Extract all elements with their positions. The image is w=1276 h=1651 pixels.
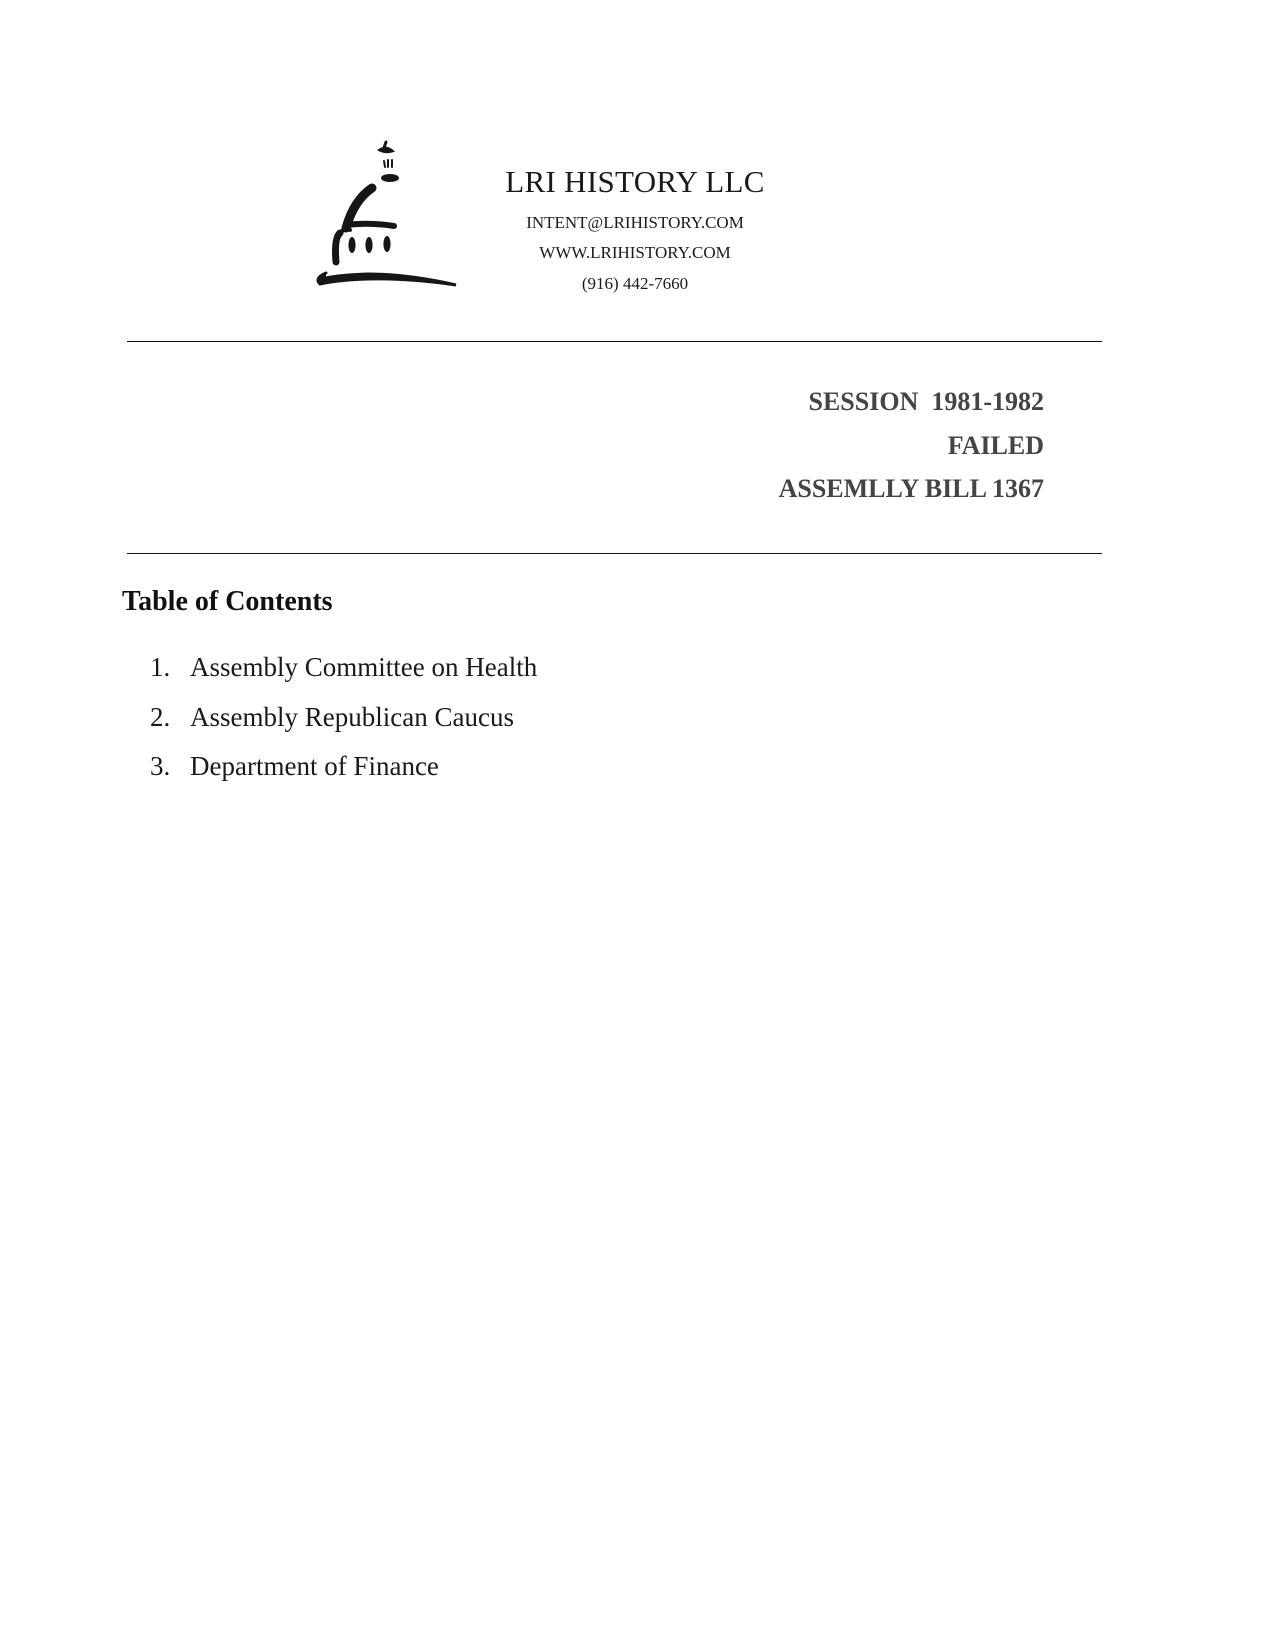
toc-list: 1. Assembly Committee on Health 2. Assem… (150, 652, 537, 801)
divider-bottom (127, 553, 1102, 554)
toc-item: 3. Department of Finance (150, 751, 537, 801)
company-name: LRI HISTORY LLC (440, 164, 830, 200)
company-website: WWW.LRIHISTORY.COM (440, 243, 830, 263)
toc-item-label: Department of Finance (190, 751, 439, 801)
bill-number: ASSEMLLY BILL 1367 (779, 474, 1044, 504)
toc-item-label: Assembly Committee on Health (190, 652, 537, 702)
bill-status: FAILED (948, 431, 1044, 461)
divider-top (127, 341, 1102, 342)
toc-item-label: Assembly Republican Caucus (190, 702, 514, 752)
company-email: INTENT@LRIHISTORY.COM (440, 213, 830, 233)
toc-title: Table of Contents (122, 586, 333, 618)
toc-item-number: 3. (150, 751, 190, 801)
company-phone: (916) 442-7660 (440, 274, 830, 294)
toc-item-number: 1. (150, 652, 190, 702)
bill-session: SESSION 1981-1982 (809, 387, 1045, 417)
toc-item-number: 2. (150, 702, 190, 752)
toc-item: 1. Assembly Committee on Health (150, 652, 537, 702)
toc-item: 2. Assembly Republican Caucus (150, 702, 537, 752)
